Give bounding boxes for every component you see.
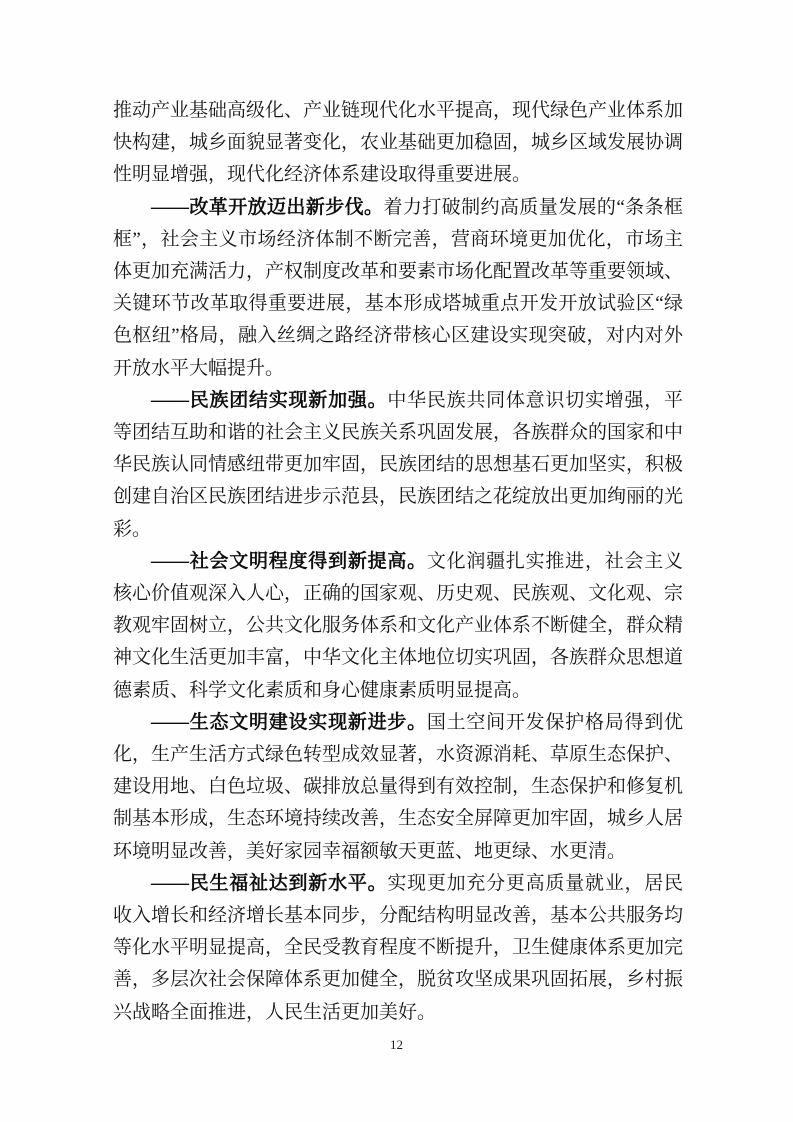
paragraph: 推动产业基础高级化、产业链现代化水平提高，现代绿色产业体系加快构建，城乡面貌显著…: [113, 95, 683, 192]
paragraph: ——改革开放迈出新步伐。着力打破制约高质量发展的“条条框框”，社会主义市场经济体…: [113, 192, 683, 385]
paragraph-body: 文化润疆扎实推进，社会主义核心价值观深入人心，正确的国家观、历史观、民族观、文化…: [113, 551, 683, 701]
page-number: 12: [0, 1037, 793, 1053]
paragraph-lead: ——社会文明程度得到新提高。: [151, 551, 427, 572]
paragraph-lead: ——改革开放迈出新步伐。: [151, 197, 383, 218]
paragraph: ——民生福祉达到新水平。实现更加充分更高质量就业，居民收入增长和经济增长基本同步…: [113, 868, 683, 1029]
paragraph-body: 实现更加充分更高质量就业，居民收入增长和经济增长基本同步，分配结构明显改善，基本…: [113, 873, 683, 1023]
paragraph-lead: ——民族团结实现新加强。: [151, 390, 387, 411]
paragraph: ——社会文明程度得到新提高。文化润疆扎实推进，社会主义核心价值观深入人心，正确的…: [113, 546, 683, 707]
paragraph-body: 中华民族共同体意识切实增强，平等团结互助和谐的社会主义民族关系巩固发展，各族群众…: [113, 390, 683, 540]
paragraph-lead: ——民生福祉达到新水平。: [151, 873, 387, 894]
paragraph-lead: ——生态文明建设实现新进步。: [151, 712, 427, 733]
page-content: 推动产业基础高级化、产业链现代化水平提高，现代绿色产业体系加快构建，城乡面貌显著…: [113, 95, 683, 1029]
paragraph: ——生态文明建设实现新进步。国土空间开发保护格局得到优化，生产生活方式绿色转型成…: [113, 707, 683, 868]
document-page: 推动产业基础高级化、产业链现代化水平提高，现代绿色产业体系加快构建，城乡面貌显著…: [0, 0, 793, 1122]
paragraph-body: 推动产业基础高级化、产业链现代化水平提高，现代绿色产业体系加快构建，城乡面貌显著…: [113, 100, 683, 185]
paragraph-body: 国土空间开发保护格局得到优化，生产生活方式绿色转型成效显著，水资源消耗、草原生态…: [113, 712, 683, 862]
paragraph: ——民族团结实现新加强。中华民族共同体意识切实增强，平等团结互助和谐的社会主义民…: [113, 385, 683, 546]
paragraph-body: 着力打破制约高质量发展的“条条框框”，社会主义市场经济体制不断完善，营商环境更加…: [113, 197, 683, 379]
